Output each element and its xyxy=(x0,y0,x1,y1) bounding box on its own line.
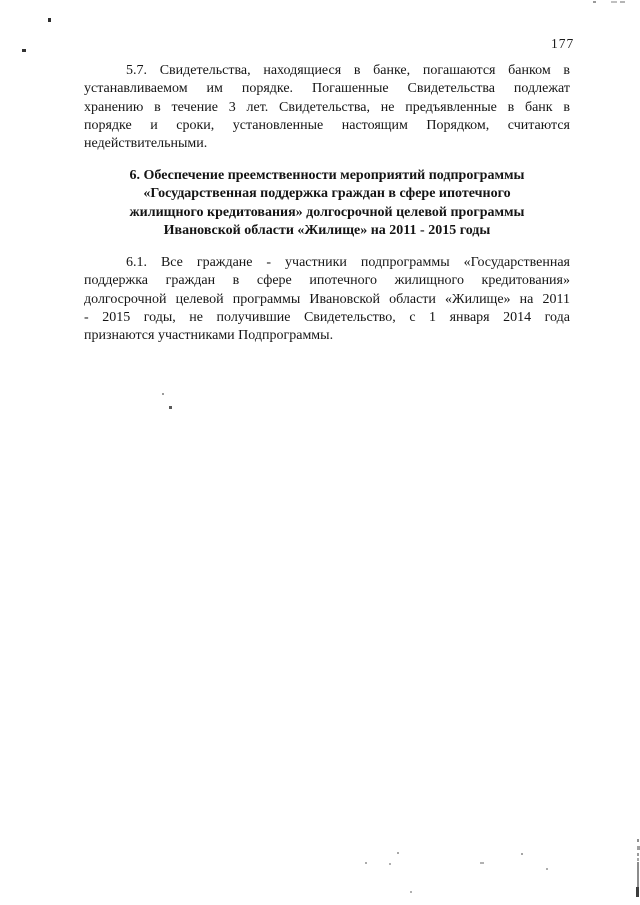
text-line: поддержка граждан в сфере ипотечного жил… xyxy=(84,272,570,290)
text-line: 5.7. Свидетельства, находящиеся в банке,… xyxy=(84,62,570,80)
heading-line: Ивановской области «Жилище» на 2011 - 20… xyxy=(84,222,570,240)
text-line: устанавливаемом им порядке. Погашенные С… xyxy=(84,80,570,98)
scan-edge-artifact xyxy=(637,853,639,856)
heading-line: жилищного кредитования» долгосрочной цел… xyxy=(84,204,570,222)
scan-speck xyxy=(593,1,596,3)
scan-speck xyxy=(365,862,367,864)
scan-edge-artifact xyxy=(637,839,639,842)
page-number: 177 xyxy=(551,36,574,52)
paragraph-6-1: 6.1. Все граждане - участники подпрограм… xyxy=(84,254,570,345)
heading-line: «Государственная поддержка граждан в сфе… xyxy=(84,185,570,203)
scan-speck xyxy=(480,862,484,864)
text-line: признаются участниками Подпрограммы. xyxy=(84,327,570,345)
text-line: порядке и сроки, установленные настоящим… xyxy=(84,117,570,135)
paragraph-5-7: 5.7. Свидетельства, находящиеся в банке,… xyxy=(84,62,570,153)
scan-speck xyxy=(410,891,412,893)
scan-speck xyxy=(521,853,523,855)
scan-speck xyxy=(611,1,617,3)
text-line: - 2015 годы, не получившие Свидетельство… xyxy=(84,309,570,327)
scan-speck xyxy=(48,18,51,22)
scan-speck xyxy=(389,863,391,865)
scan-speck xyxy=(162,393,164,395)
scan-speck xyxy=(22,49,26,52)
scan-edge-artifact xyxy=(637,862,639,888)
scan-speck xyxy=(620,1,625,3)
scan-edge-artifact xyxy=(637,858,639,861)
text-line: долгосрочной целевой программы Ивановско… xyxy=(84,291,570,309)
text-line: хранению в течение 3 лет. Свидетельства,… xyxy=(84,99,570,117)
heading-line: 6. Обеспечение преемственности мероприят… xyxy=(84,167,570,185)
document-page: 177 5.7. Свидетельства, находящиеся в ба… xyxy=(0,0,640,905)
scan-speck xyxy=(397,852,399,854)
text-line: 6.1. Все граждане - участники подпрограм… xyxy=(84,254,570,272)
scan-speck xyxy=(169,406,172,409)
text-line: недействительными. xyxy=(84,135,570,153)
scan-speck xyxy=(546,868,548,870)
section-6-heading: 6. Обеспечение преемственности мероприят… xyxy=(84,167,570,241)
scan-edge-artifact xyxy=(636,887,639,897)
